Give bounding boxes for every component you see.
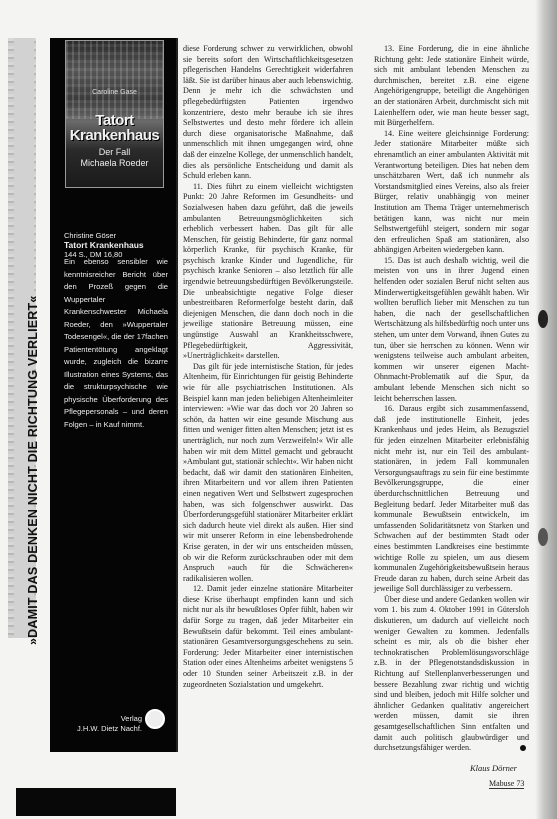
article-paragraph: 14. Eine weitere gleichsinnige Forderung… <box>374 129 529 256</box>
article-paragraph: 16. Daraus ergibt sich zusammenfassend, … <box>374 404 529 595</box>
book-cover-sub-line1: Der Fall <box>66 147 163 158</box>
article-paragraph: Über diese und andere Gedanken wollen wi… <box>374 595 529 754</box>
article-paragraph: diese Forderung schwer zu verwirklichen,… <box>183 44 353 182</box>
article-paragraph: Das gilt für jede internistische Station… <box>183 362 353 584</box>
publisher-name: J.H.W. Dietz Nachf. <box>64 724 142 734</box>
book-cover-title-line2: Krankenhaus <box>66 128 163 143</box>
book-cover-author: Caroline Gase <box>66 89 163 96</box>
article-paragraph: 12. Damit jeder einzelne stationäre Mita… <box>183 584 353 690</box>
book-cover-title-line1: Tatort <box>66 113 163 128</box>
publisher-label: Verlag <box>64 714 142 724</box>
binding-hole-icon <box>538 310 548 328</box>
binding-shadow <box>535 0 557 819</box>
article-paragraph: 13. Eine Forderung, die in eine ähnliche… <box>374 44 529 129</box>
vertical-section-title: »DAMIT DAS DENKEN NICHT DIE RICHTUNG VER… <box>26 85 40 645</box>
article-column-middle: diese Forderung schwer zu verwirklichen,… <box>183 44 353 690</box>
footer-black-bar <box>16 788 176 816</box>
book-blurb: Ein ebenso sensibler wie kenntnisreicher… <box>64 256 168 431</box>
page-number-text: Mabuse 73 <box>489 779 524 789</box>
article-column-right: 13. Eine Forderung, die in eine ähnliche… <box>374 44 529 754</box>
article-paragraph: 11. Dies führt zu einem vielleicht wicht… <box>183 182 353 362</box>
book-cover-sub-line2: Michaela Roeder <box>66 158 163 169</box>
page-number: Mabuse 73 <box>489 779 524 788</box>
article-paragraph: 15. Das ist auch deshalb wichtig, weil d… <box>374 256 529 404</box>
book-cover-title: Tatort Krankenhaus <box>66 113 163 143</box>
book-cover-subtitle: Der Fall Michaela Roeder <box>66 147 163 169</box>
author-signature: Klaus Dörner <box>470 763 517 773</box>
binding-hole-icon <box>538 528 548 546</box>
book-info-title: Tatort Krankenhaus <box>64 241 168 251</box>
magazine-page: »DAMIT DAS DENKEN NICHT DIE RICHTUNG VER… <box>0 0 557 819</box>
publisher-logo-icon <box>145 709 165 729</box>
book-cover-image: Caroline Gase Tatort Krankenhaus Der Fal… <box>65 40 164 188</box>
publisher-credit: Verlag J.H.W. Dietz Nachf. <box>64 714 142 734</box>
book-cover-photo <box>66 41 163 119</box>
article-end-mark-icon <box>520 745 526 751</box>
